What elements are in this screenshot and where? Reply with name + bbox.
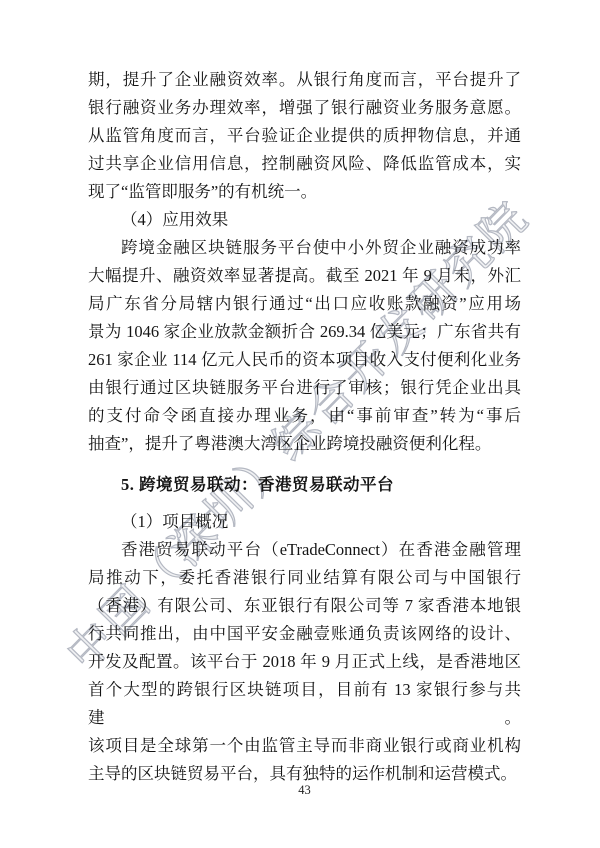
- text-line: （4）应用效果: [88, 206, 521, 234]
- text-line: 局广东省分局辖内银行通过“出口应收账款融资”应用场: [88, 290, 521, 318]
- text-line: 该项目是全球第一个由监管主导而非商业银行或商业机构: [88, 732, 521, 760]
- paragraph: 香港贸易联动平台（eTradeConnect）在香港金融管理局推动下，委托香港银…: [88, 536, 521, 788]
- text-line: （香港）有限公司、东亚银行有限公司等 7 家香港本地银: [88, 592, 521, 620]
- text-line: 从监管角度而言，平台验证企业提供的质押物信息，并通: [88, 122, 521, 150]
- page-number: 43: [88, 783, 521, 798]
- text-line: 现了“监管即服务”的有机统一。: [88, 178, 521, 206]
- document-page: 中国（深圳）综合开发研究院 期，提升了企业融资效率。从银行角度而言，平台提升了银…: [0, 0, 600, 848]
- text-line: 期，提升了企业融资效率。从银行角度而言，平台提升了: [88, 66, 521, 94]
- page-text-content: 期，提升了企业融资效率。从银行角度而言，平台提升了银行融资业务办理效率，增强了银…: [88, 66, 521, 788]
- text-line: 香港贸易联动平台（eTradeConnect）在香港金融管理: [88, 536, 521, 564]
- text-line: 行共同推出，由中国平安金融壹账通负责该网络的设计、: [88, 620, 521, 648]
- section-heading: 5. 跨境贸易联动：香港贸易联动平台: [88, 471, 521, 499]
- paragraph: 期，提升了企业融资效率。从银行角度而言，平台提升了银行融资业务办理效率，增强了银…: [88, 66, 521, 206]
- paragraph: 跨境金融区块链服务平台使中小外贸企业融资成功率大幅提升、融资效率显著提高。截至 …: [88, 234, 521, 458]
- text-line: 开发及配置。该平台于 2018 年 9 月正式上线，是香港地区: [88, 648, 521, 676]
- paragraph: （1）项目概况: [88, 508, 521, 536]
- text-line: 首个大型的跨银行区块链项目，目前有 13 家银行参与共建。: [88, 676, 521, 732]
- text-line: 银行融资业务办理效率，增强了银行融资业务服务意愿。: [88, 94, 521, 122]
- paragraph: （4）应用效果: [88, 206, 521, 234]
- text-line: 景为 1046 家企业放款金额折合 269.34 亿美元；广东省共有: [88, 318, 521, 346]
- text-line: 跨境金融区块链服务平台使中小外贸企业融资成功率: [88, 234, 521, 262]
- text-line: 大幅提升、融资效率显著提高。截至 2021 年 9 月末，外汇: [88, 262, 521, 290]
- text-line: 过共享企业信用信息，控制融资风险、降低监管成本，实: [88, 150, 521, 178]
- text-line: 由银行通过区块链服务平台进行了审核；银行凭企业出具: [88, 374, 521, 402]
- heading-line: 5. 跨境贸易联动：香港贸易联动平台: [88, 471, 521, 499]
- text-line: 261 家企业 114 亿元人民币的资本项目收入支付便利化业务: [88, 346, 521, 374]
- text-line: （1）项目概况: [88, 508, 521, 536]
- text-line: 抽查”，提升了粤港澳大湾区企业跨境投融资便利化程。: [88, 430, 521, 458]
- text-line: 局推动下，委托香港银行同业结算有限公司与中国银行: [88, 564, 521, 592]
- text-line: 的支付命令函直接办理业务，由“事前审查”转为“事后: [88, 402, 521, 430]
